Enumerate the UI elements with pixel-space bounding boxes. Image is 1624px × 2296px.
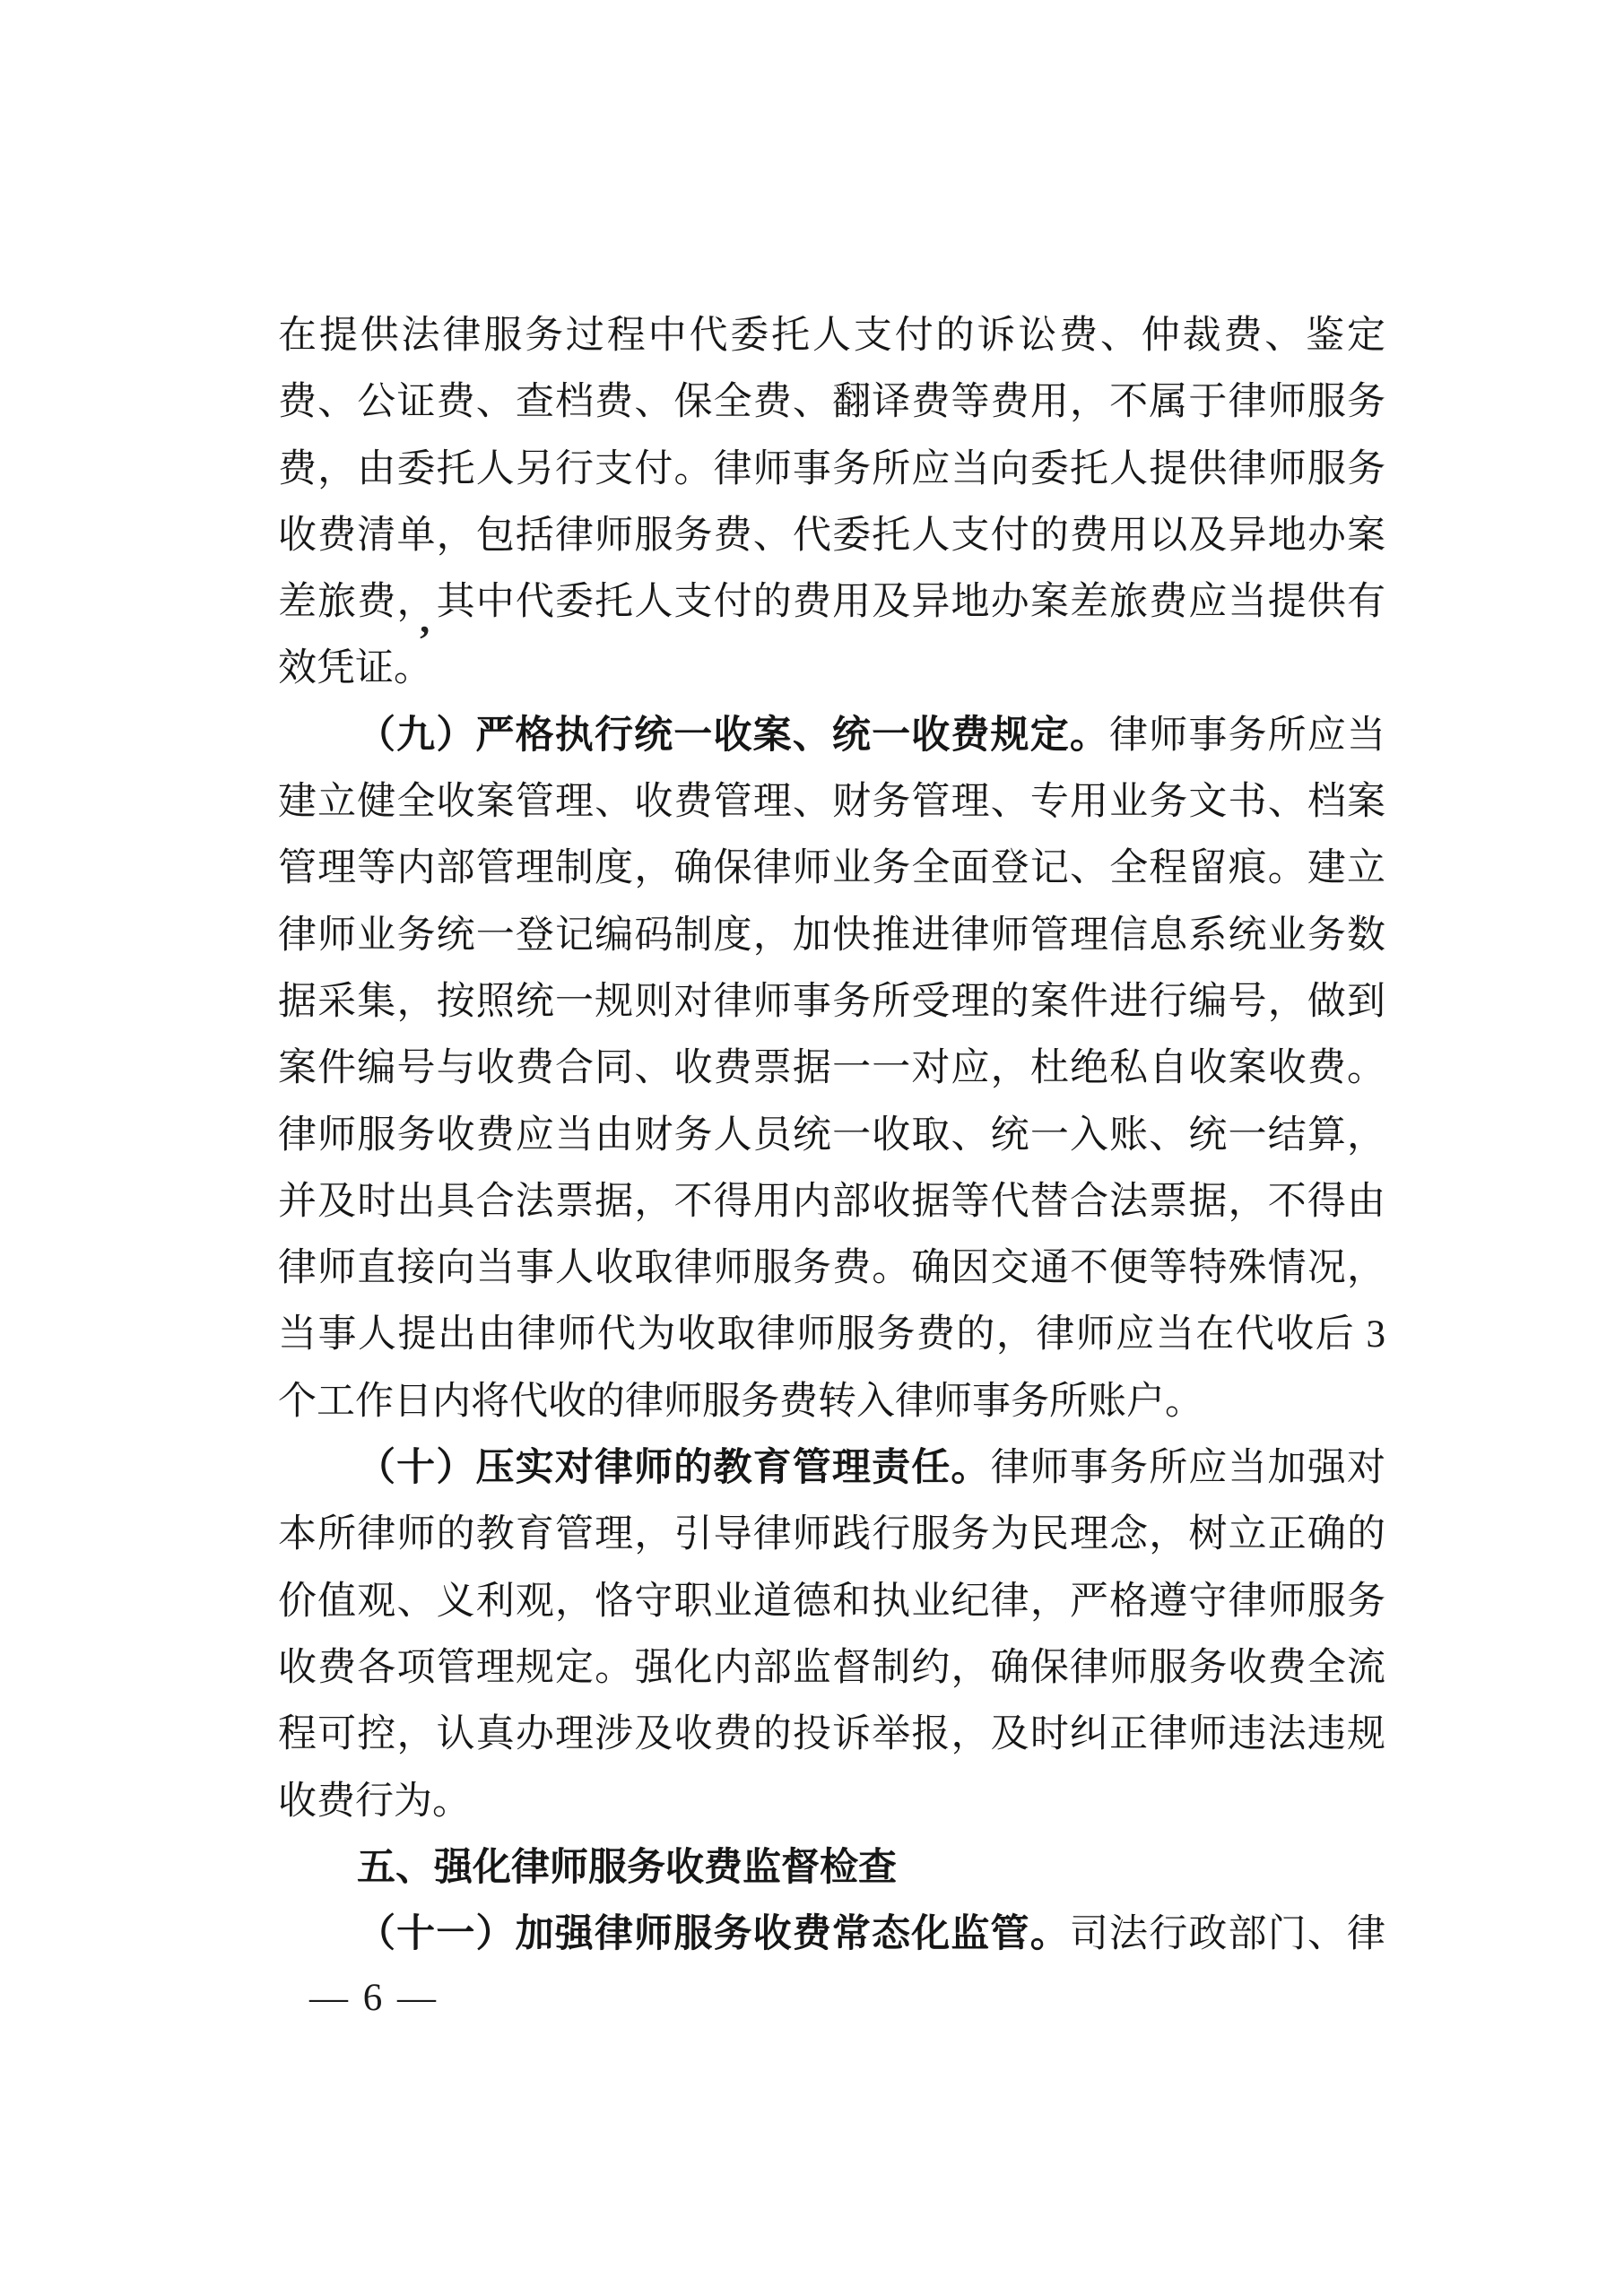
- document-body: 在提供法律服务过程中代委托人支付的诉讼费、仲裁费、鉴定费、公证费、查档费、保全费…: [278, 303, 1385, 1968]
- text-line-13: 律师服务收费应当由财务人员统一收取、统一入账、统一结算，: [278, 1103, 1385, 1169]
- text-line-14: 并及时出具合法票据，不得用内部收据等代替合法票据，不得由: [278, 1169, 1385, 1235]
- text-segment: 当事人提出由律师代为收取律师服务费的，律师应当在代收后 3: [278, 1313, 1385, 1356]
- text-segment: 收费各项管理规定。强化内部监督制约，确保律师服务收费全流: [278, 1647, 1385, 1689]
- text-line-1: 在提供法律服务过程中代委托人支付的诉讼费、仲裁费、鉴定: [278, 303, 1385, 369]
- text-segment: 五、强化律师服务收费监督检查: [357, 1847, 897, 1889]
- text-line-3: 费，由委托人另行支付。律师事务所应当向委托人提供律师服务: [278, 437, 1385, 503]
- text-segment: （十一）加强律师服务收费常态化监管。: [357, 1913, 1070, 1955]
- document-page: 在提供法律服务过程中代委托人支付的诉讼费、仲裁费、鉴定费、公证费、查档费、保全费…: [0, 0, 1624, 2296]
- text-line-16: 当事人提出由律师代为收取律师服务费的，律师应当在代收后 3: [278, 1302, 1385, 1368]
- text-segment: 律师事务所应当: [1109, 715, 1385, 757]
- text-segment: 收费清单，包括律师服务费、代委托人支付的费用以及异地办案: [278, 515, 1385, 557]
- text-segment: （十）压实对律师的教育管理责任。: [357, 1447, 991, 1489]
- text-segment: 价值观、义利观，恪守职业道德和执业纪律，严格遵守律师服务: [278, 1581, 1385, 1623]
- text-line-12: 案件编号与收费合同、收费票据一一对应，杜绝私自收案收费。: [278, 1035, 1385, 1102]
- text-line-23: 收费行为。: [278, 1769, 1385, 1835]
- text-line-9: 管理等内部管理制度，确保律师业务全面登记、全程留痕。建立: [278, 836, 1385, 902]
- text-line-18: （十）压实对律师的教育管理责任。律师事务所应当加强对: [278, 1435, 1385, 1502]
- text-segment: 在提供法律服务过程中代委托人支付的诉讼费、仲裁费、鉴定: [278, 315, 1385, 357]
- text-line-8: 建立健全收案管理、收费管理、财务管理、专用业务文书、档案: [278, 769, 1385, 836]
- text-segment: 收费行为。: [278, 1780, 471, 1823]
- text-line-22: 程可控，认真办理涉及收费的投诉举报，及时纠正律师违法违规: [278, 1702, 1385, 1768]
- text-segment: 费、公证费、查档费、保全费、翻译费等费用，不属于律师服务: [278, 381, 1385, 423]
- scan-artifact-mark: ’: [418, 617, 431, 663]
- text-line-25: （十一）加强律师服务收费常态化监管。司法行政部门、律: [278, 1902, 1385, 1968]
- text-segment: 效凭证。: [278, 647, 432, 689]
- text-segment: 管理等内部管理制度，确保律师业务全面登记、全程留痕。建立: [278, 847, 1385, 889]
- text-segment: （九）严格执行统一收案、统一收费规定。: [357, 715, 1109, 757]
- text-segment: 程可控，认真办理涉及收费的投诉举报，及时纠正律师违法违规: [278, 1713, 1385, 1755]
- text-line-11: 据采集，按照统一规则对律师事务所受理的案件进行编号，做到: [278, 969, 1385, 1035]
- text-segment: 律师直接向当事人收取律师服务费。确因交通不便等特殊情况，: [278, 1247, 1385, 1289]
- text-line-15: 律师直接向当事人收取律师服务费。确因交通不便等特殊情况，: [278, 1235, 1385, 1302]
- text-line-6: 效凭证。: [278, 636, 1385, 702]
- text-line-24: 五、强化律师服务收费监督检查: [278, 1835, 1385, 1902]
- text-segment: 据采集，按照统一规则对律师事务所受理的案件进行编号，做到: [278, 981, 1385, 1023]
- text-segment: 建立健全收案管理、收费管理、财务管理、专用业务文书、档案: [278, 781, 1385, 823]
- text-line-5: 差旅费，其中代委托人支付的费用及异地办案差旅费应当提供有: [278, 569, 1385, 636]
- page-number: — 6 —: [309, 1976, 439, 2020]
- text-line-4: 收费清单，包括律师服务费、代委托人支付的费用以及异地办案: [278, 503, 1385, 569]
- text-segment: 差旅费，其中代委托人支付的费用及异地办案差旅费应当提供有: [278, 581, 1385, 623]
- text-segment: 律师服务收费应当由财务人员统一收取、统一入账、统一结算，: [278, 1114, 1385, 1157]
- text-line-21: 收费各项管理规定。强化内部监督制约，确保律师服务收费全流: [278, 1635, 1385, 1702]
- text-line-7: （九）严格执行统一收案、统一收费规定。律师事务所应当: [278, 703, 1385, 769]
- text-segment: 并及时出具合法票据，不得用内部收据等代替合法票据，不得由: [278, 1181, 1385, 1223]
- text-line-17: 个工作日内将代收的律师服务费转入律师事务所账户。: [278, 1369, 1385, 1435]
- text-segment: 案件编号与收费合同、收费票据一一对应，杜绝私自收案收费。: [278, 1047, 1385, 1089]
- text-segment: 律师业务统一登记编码制度，加快推进律师管理信息系统业务数: [278, 914, 1385, 957]
- text-segment: 律师事务所应当加强对: [991, 1447, 1385, 1489]
- text-segment: 个工作日内将代收的律师服务费转入律师事务所账户。: [278, 1381, 1203, 1423]
- text-line-10: 律师业务统一登记编码制度，加快推进律师管理信息系统业务数: [278, 903, 1385, 969]
- text-line-19: 本所律师的教育管理，引导律师践行服务为民理念，树立正确的: [278, 1502, 1385, 1568]
- text-segment: 本所律师的教育管理，引导律师践行服务为民理念，树立正确的: [278, 1513, 1385, 1555]
- text-line-20: 价值观、义利观，恪守职业道德和执业纪律，严格遵守律师服务: [278, 1569, 1385, 1635]
- text-line-2: 费、公证费、查档费、保全费、翻译费等费用，不属于律师服务: [278, 369, 1385, 436]
- text-segment: 司法行政部门、律: [1070, 1913, 1385, 1955]
- text-segment: 费，由委托人另行支付。律师事务所应当向委托人提供律师服务: [278, 448, 1385, 490]
